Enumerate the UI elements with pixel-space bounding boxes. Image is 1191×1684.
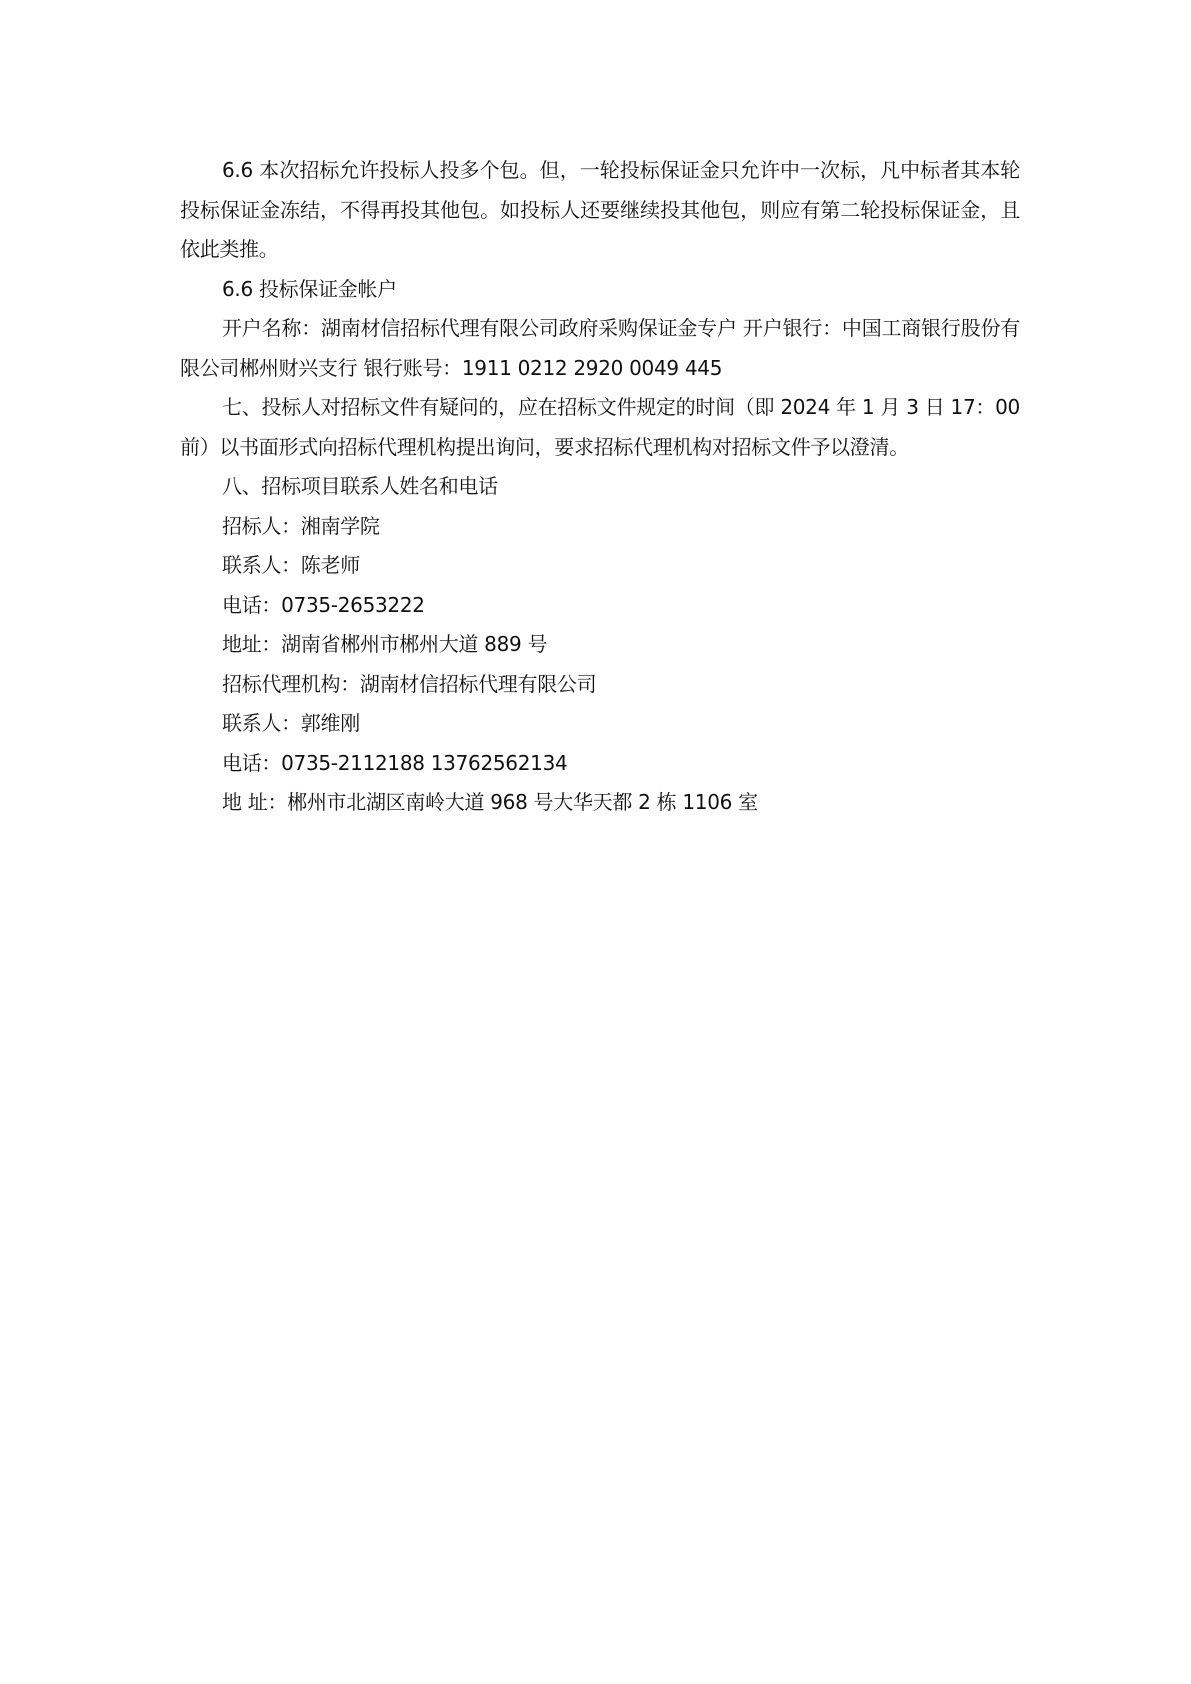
tenderer-name: 招标人：湘南学院	[180, 507, 1020, 547]
agency-address: 地 址：郴州市北湖区南岭大道 968 号大华天都 2 栋 1106 室	[180, 783, 1020, 823]
document-body: 6.6 本次招标允许投标人投多个包。但，一轮投标保证金只允许中一次标，凡中标者其…	[180, 151, 1020, 823]
paragraph-packages-rule: 6.6 本次招标允许投标人投多个包。但，一轮投标保证金只允许中一次标，凡中标者其…	[180, 151, 1020, 270]
tenderer-address: 地址：湖南省郴州市郴州大道 889 号	[180, 625, 1020, 665]
agency-phone: 电话：0735-2112188 13762562134	[180, 744, 1020, 784]
document-page: 6.6 本次招标允许投标人投多个包。但，一轮投标保证金只允许中一次标，凡中标者其…	[0, 0, 1191, 1684]
agency-name: 招标代理机构：湖南材信招标代理有限公司	[180, 665, 1020, 705]
section-heading-contacts: 八、招标项目联系人姓名和电话	[180, 467, 1020, 507]
tenderer-contact-person: 联系人：陈老师	[180, 546, 1020, 586]
paragraph-deposit-account-heading: 6.6 投标保证金帐户	[180, 270, 1020, 310]
paragraph-inquiry-deadline: 七、投标人对招标文件有疑问的，应在招标文件规定的时间（即 2024 年 1 月 …	[180, 388, 1020, 467]
paragraph-account-details: 开户名称：湖南材信招标代理有限公司政府采购保证金专户 开户银行：中国工商银行股份…	[180, 309, 1020, 388]
tenderer-phone: 电话：0735-2653222	[180, 586, 1020, 626]
agency-contact-person: 联系人：郭维刚	[180, 704, 1020, 744]
